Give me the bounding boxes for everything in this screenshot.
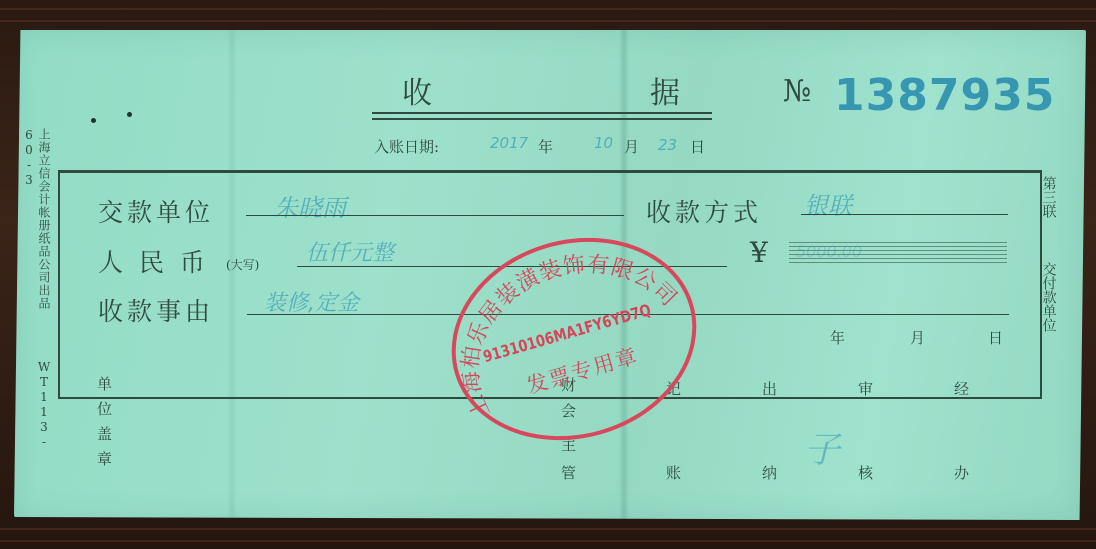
reason-value[interactable]: 装修,定金 <box>264 286 359 317</box>
payment-method-value[interactable]: 银联 <box>804 186 852 221</box>
payer-label: 交款单位 <box>98 193 214 229</box>
inner-year-unit: 年 <box>830 327 845 348</box>
receipt-paper: 收 据 № 1387935 入账日期: 2017 年 10 月 23 日 交款单… <box>14 30 1086 520</box>
sig-handler-top: 经 <box>954 378 969 399</box>
copy-purpose: 交付款单位 <box>1038 262 1058 332</box>
year-unit: 年 <box>538 136 553 157</box>
payer-line <box>246 215 624 216</box>
sig-handler-bottom: 办 <box>954 462 969 483</box>
month-unit: 月 <box>624 136 639 157</box>
yen-symbol: ¥ <box>750 236 768 269</box>
title-left-char: 收 <box>402 68 432 112</box>
sig-auditor-bottom: 核 <box>858 462 873 483</box>
entry-date-month: 10 <box>594 134 613 152</box>
title-underline <box>372 118 712 120</box>
unit-seal-label: 单位盖章 <box>94 376 115 476</box>
serial-number: 1387935 <box>834 70 1055 121</box>
rmb-uppercase-value[interactable]: 伍仟元整 <box>306 236 394 267</box>
sig-finance-bottom: 管 <box>561 462 576 483</box>
copy-number: 第三联 <box>1038 176 1058 218</box>
payment-method-line <box>801 214 1008 215</box>
sig-bookkeeper-bottom: 账 <box>666 462 681 483</box>
serial-label: № <box>783 74 811 109</box>
printer-name: 上海立信会计帐册纸品公司出品 <box>37 128 51 310</box>
inner-day-unit: 日 <box>988 327 1003 348</box>
entry-date-label: 入账日期: <box>374 136 439 157</box>
sig-cashier-bottom: 纳 <box>762 462 777 483</box>
printer-imprint: 上海立信会计帐册纸品公司出品 WT113-60-3 <box>22 128 53 488</box>
rmb-sublabel: (大写) <box>226 256 259 273</box>
sig-cashier-top: 出 <box>762 378 777 399</box>
sig-auditor-top: 审 <box>858 378 873 399</box>
title-underline <box>372 112 712 114</box>
rmb-label: 人 民 币 <box>98 243 209 279</box>
entry-date-year: 2017 <box>490 134 528 152</box>
payer-value[interactable]: 朱晓雨 <box>274 188 346 223</box>
title-right-char: 据 <box>650 68 680 112</box>
punch-mark <box>127 112 132 117</box>
punch-mark <box>91 118 96 123</box>
day-unit: 日 <box>690 136 705 157</box>
cashier-signature[interactable]: 子 <box>804 422 840 473</box>
entry-date-day: 23 <box>658 136 677 154</box>
inner-month-unit: 月 <box>910 327 925 348</box>
amount-value[interactable]: 5000.00 <box>796 242 862 261</box>
reason-label: 收款事由 <box>98 292 214 328</box>
